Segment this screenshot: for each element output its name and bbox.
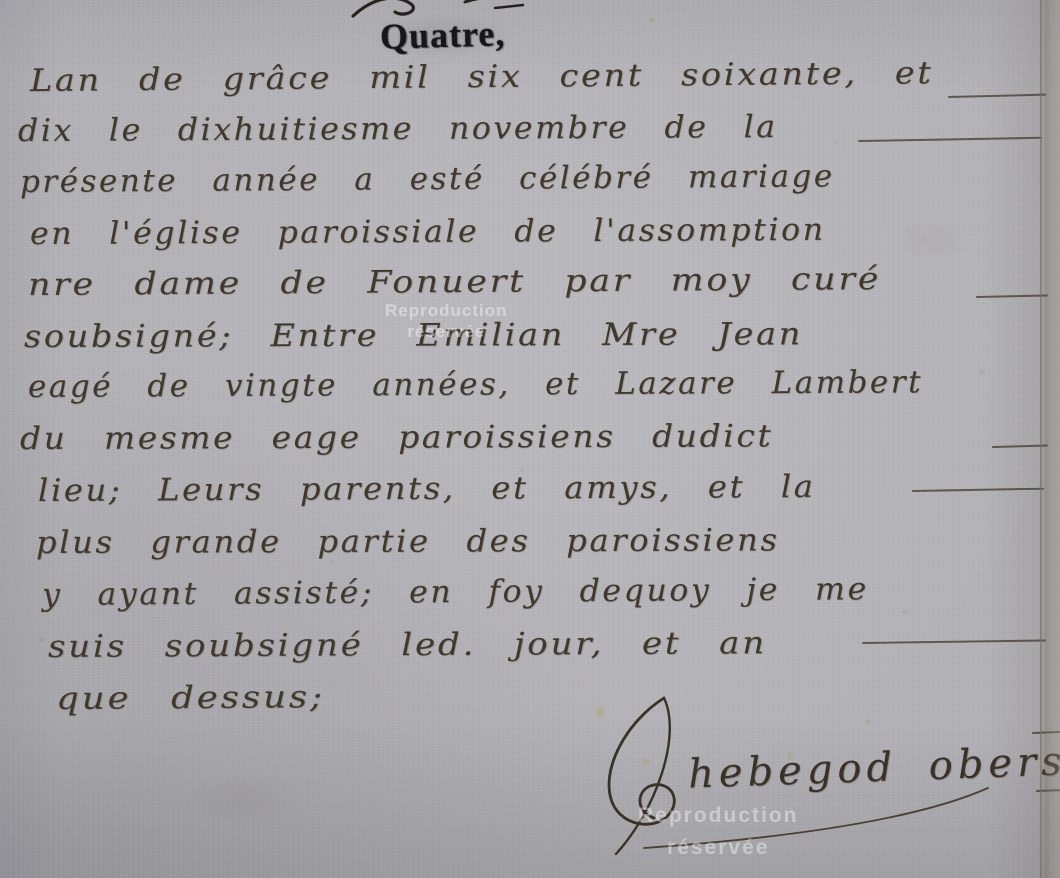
- manuscript-line: du mesme eage paroissiens dudict: [20, 421, 773, 455]
- manuscript-line: y ayant assisté; en foy dequoy je me: [42, 574, 869, 611]
- manuscript-line: présente année a esté célébré mariage: [20, 161, 835, 198]
- line-filler-stroke: [858, 137, 1042, 142]
- page-binding-edge: [1040, 0, 1060, 878]
- page-number-stamp: Quatre,: [371, 12, 513, 60]
- manuscript-line: nre dame de Fonuert par moy curé: [28, 264, 881, 301]
- manuscript-line: dix le dixhuitiesme novembre de la: [18, 112, 778, 147]
- manuscript-line: lieu; Leurs parents, et amys, et la: [38, 472, 816, 507]
- manuscript-line: en l'église paroissiale de l'assomption: [30, 215, 826, 250]
- line-filler-stroke: [862, 639, 1046, 644]
- manuscript-line: Lan de grâce mil six cent soixante, et: [30, 58, 934, 97]
- manuscript-line: soubsigné; Entre Emilian Mre Jean: [24, 319, 803, 353]
- manuscript-line: suis soubsigné led. jour, et an: [48, 628, 767, 663]
- manuscript-line: que dessus;: [56, 682, 325, 715]
- manuscript-line: plus grande partie des paroissiens: [36, 525, 780, 559]
- line-filler-stroke: [948, 94, 1046, 98]
- line-filler-stroke: [912, 488, 1044, 492]
- manuscript-scan-page: Quatre, Lan de grâce mil six cent soixan…: [0, 0, 1060, 878]
- line-filler-stroke: [976, 294, 1048, 298]
- manuscript-line: eagé de vingte années, et Lazare Lambert: [28, 367, 923, 403]
